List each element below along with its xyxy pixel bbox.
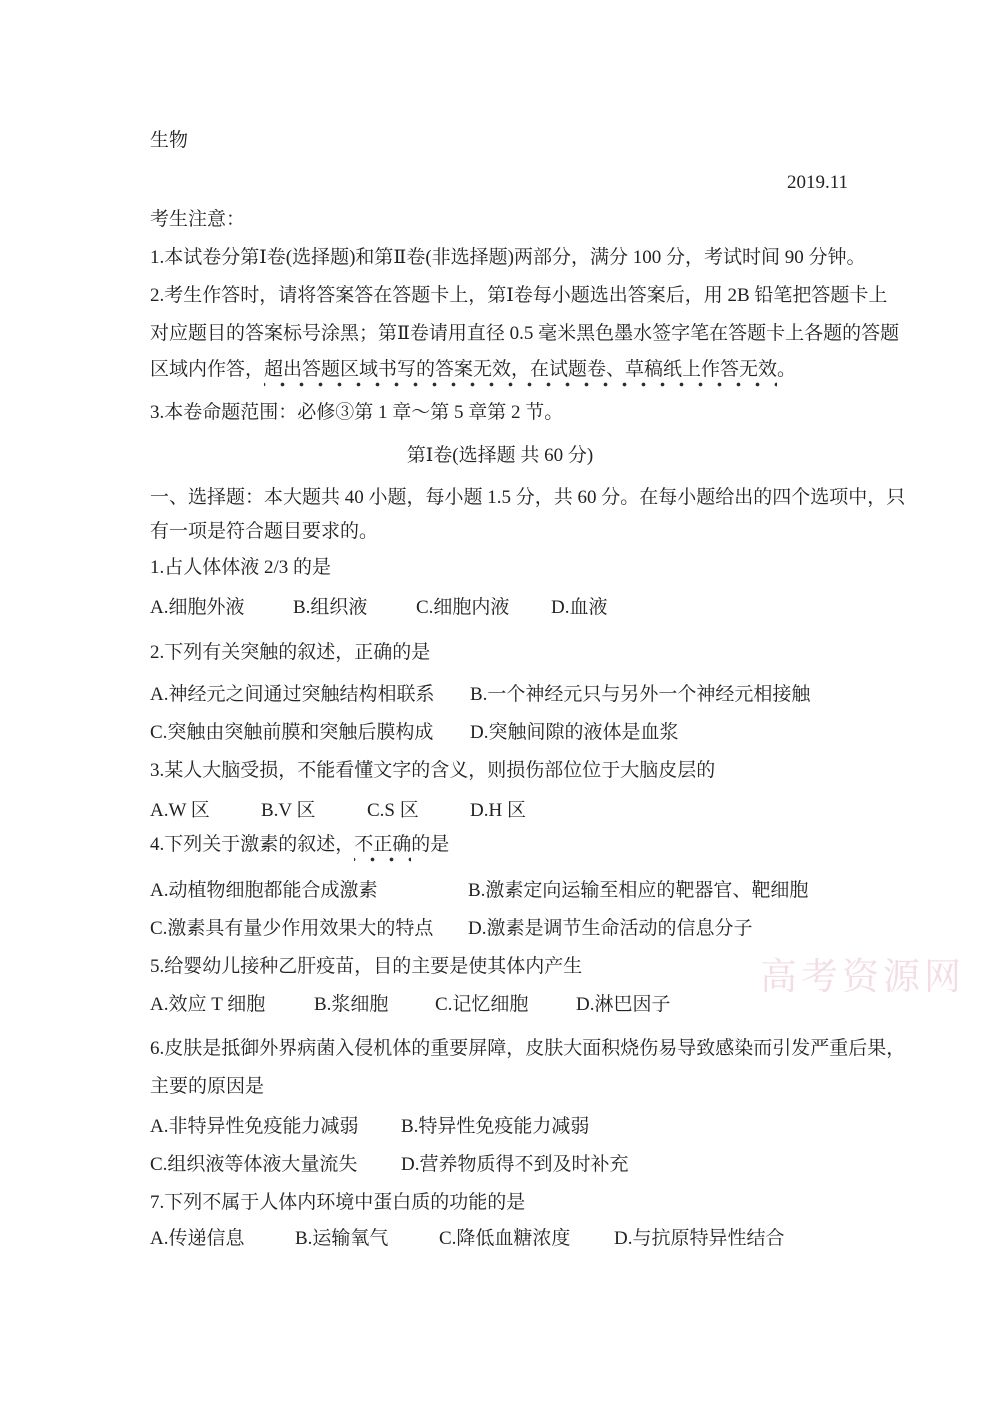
question-4-option-b: B.激素定向运输至相应的靶器官、靶细胞	[468, 877, 808, 904]
question-2-stem: 2.下列有关突触的叙述，正确的是	[150, 639, 850, 666]
question-4-stem: 4.下列关于激素的叙述，不正确的是	[150, 831, 850, 858]
question-2-options-row-2: C.突触由突触前膜和突触后膜构成 D.突触间隙的液体是血浆	[150, 719, 850, 746]
notice-item-1: 1.本试卷分第Ⅰ卷(选择题)和第Ⅱ卷(非选择题)两部分，满分 100 分，考试时…	[150, 244, 850, 271]
question-3-options: A.W 区 B.V 区 C.S 区 D.H 区	[150, 797, 850, 824]
question-1-stem: 1.占人体体液 2/3 的是	[150, 554, 850, 581]
section-1-heading: 第Ⅰ卷(选择题 共 60 分)	[150, 442, 850, 469]
question-7-option-c: C.降低血糖浓度	[439, 1225, 570, 1252]
question-5-option-a: A.效应 T 细胞	[150, 991, 265, 1018]
question-4-stem-emphasized: 不正确	[354, 834, 411, 862]
section-1-intro-line-1: 一、选择题：本大题共 40 小题，每小题 1.5 分，共 60 分。在每小题给出…	[150, 484, 850, 511]
exam-paper-page: 高考资源网 生物 2019.11 考生注意： 1.本试卷分第Ⅰ卷(选择题)和第Ⅱ…	[0, 0, 1000, 1414]
notice-item-2-line-3-emphasized: 超出答题区域书写的答案无效，在试题卷、草稿纸上作答无效	[264, 359, 777, 387]
notice-item-2-line-3: 区域内作答，超出答题区域书写的答案无效，在试题卷、草稿纸上作答无效。	[150, 356, 850, 383]
question-6-option-d: D.营养物质得不到及时补充	[401, 1151, 628, 1178]
question-5-stem: 5.给婴幼儿接种乙肝疫苗，目的主要是使其体内产生	[150, 953, 850, 980]
question-2-option-d: D.突触间隙的液体是血浆	[470, 719, 678, 746]
notice-title: 考生注意：	[150, 206, 850, 233]
question-4-option-d: D.激素是调节生命活动的信息分子	[468, 915, 752, 942]
question-6-options-row-1: A.非特异性免疫能力减弱 B.特异性免疫能力减弱	[150, 1113, 850, 1140]
question-6-options-row-2: C.组织液等体液大量流失 D.营养物质得不到及时补充	[150, 1151, 850, 1178]
question-6-stem-line-2: 主要的原因是	[150, 1073, 850, 1100]
question-5-options: A.效应 T 细胞 B.浆细胞 C.记忆细胞 D.淋巴因子	[150, 991, 850, 1018]
notice-item-3: 3.本卷命题范围：必修③第 1 章～第 5 章第 2 节。	[150, 399, 850, 426]
question-6-option-b: B.特异性免疫能力减弱	[401, 1113, 589, 1140]
question-7-options: A.传递信息 B.运输氧气 C.降低血糖浓度 D.与抗原特异性结合	[150, 1225, 850, 1252]
question-3-option-a: A.W 区	[150, 797, 210, 824]
question-4-options-row-2: C.激素具有量少作用效果大的特点 D.激素是调节生命活动的信息分子	[150, 915, 850, 942]
question-2-options-row-1: A.神经元之间通过突触结构相联系 B.一个神经元只与另外一个神经元相接触	[150, 681, 850, 708]
question-4-option-a: A.动植物细胞都能合成激素	[150, 877, 377, 904]
question-2-option-c: C.突触由突触前膜和突触后膜构成	[150, 719, 433, 746]
question-2-option-a: A.神经元之间通过突触结构相联系	[150, 681, 434, 708]
question-6-option-a: A.非特异性免疫能力减弱	[150, 1113, 358, 1140]
question-1-options: A.细胞外液 B.组织液 C.细胞内液 D.血液	[150, 594, 850, 621]
question-3-option-d: D.H 区	[470, 797, 526, 824]
notice-item-2-line-3-suffix: 。	[777, 359, 796, 380]
question-1-option-b: B.组织液	[293, 594, 367, 621]
subject-title: 生物	[150, 127, 850, 154]
question-5-option-b: B.浆细胞	[314, 991, 388, 1018]
question-7-option-d: D.与抗原特异性结合	[614, 1225, 784, 1252]
section-1-intro-line-2: 有一项是符合题目要求的。	[150, 518, 850, 545]
question-7-stem: 7.下列不属于人体内环境中蛋白质的功能的是	[150, 1189, 850, 1216]
question-1-option-c: C.细胞内液	[416, 594, 509, 621]
question-4-stem-suffix: 的是	[411, 834, 449, 855]
question-1-option-d: D.血液	[551, 594, 607, 621]
question-7-option-a: A.传递信息	[150, 1225, 244, 1252]
question-2-option-b: B.一个神经元只与另外一个神经元相接触	[470, 681, 810, 708]
question-3-stem: 3.某人大脑受损，不能看懂文字的含义，则损伤部位位于大脑皮层的	[150, 757, 850, 784]
question-5-option-d: D.淋巴因子	[576, 991, 670, 1018]
question-1-option-a: A.细胞外液	[150, 594, 244, 621]
question-3-option-b: B.V 区	[261, 797, 316, 824]
question-4-option-c: C.激素具有量少作用效果大的特点	[150, 915, 433, 942]
notice-item-2-line-2: 对应题目的答案标号涂黑；第Ⅱ卷请用直径 0.5 毫米黑色墨水签字笔在答题卡上各题…	[150, 320, 850, 347]
question-4-options-row-1: A.动植物细胞都能合成激素 B.激素定向运输至相应的靶器官、靶细胞	[150, 877, 850, 904]
question-7-option-b: B.运输氧气	[295, 1225, 388, 1252]
question-4-stem-prefix: 4.下列关于激素的叙述，	[150, 834, 354, 855]
notice-item-2-line-1: 2.考生作答时，请将答案答在答题卡上，第Ⅰ卷每小题选出答案后，用 2B 铅笔把答…	[150, 282, 850, 309]
question-6-stem-line-1: 6.皮肤是抵御外界病菌入侵机体的重要屏障，皮肤大面积烧伤易导致感染而引发严重后果…	[150, 1035, 850, 1062]
question-6-option-c: C.组织液等体液大量流失	[150, 1151, 357, 1178]
exam-date: 2019.11	[150, 169, 848, 196]
question-3-option-c: C.S 区	[367, 797, 419, 824]
notice-item-2-line-3-prefix: 区域内作答，	[150, 359, 264, 380]
question-5-option-c: C.记忆细胞	[435, 991, 528, 1018]
